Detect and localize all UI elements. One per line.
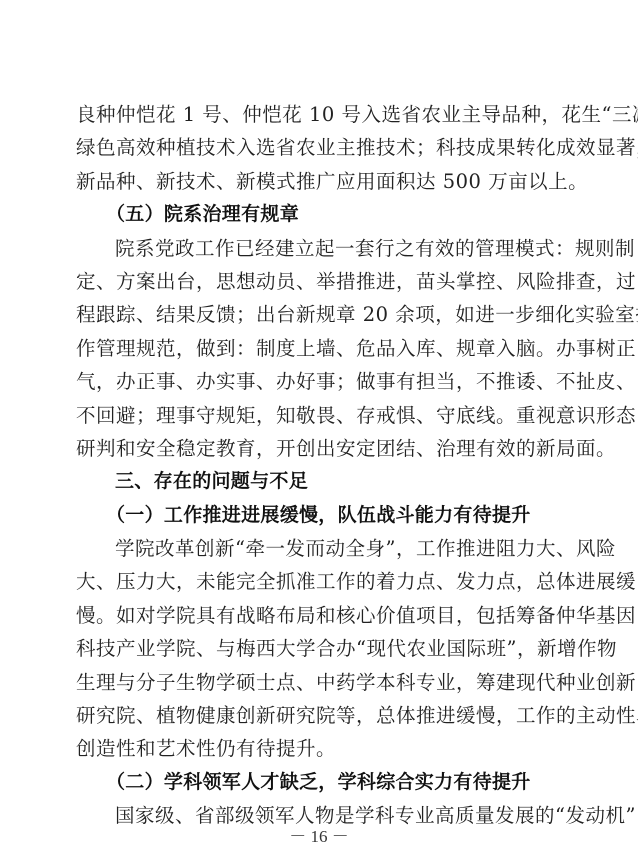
body-text-line: 气，办正事、办实事、办好事；做事有担当，不推诿、不扯皮、 <box>76 365 588 398</box>
body-text-line: 研究院、植物健康创新研究院等，总体推进缓慢，工作的主动性、 <box>76 699 588 732</box>
body-text-line: 创造性和艺术性仍有待提升。 <box>76 732 588 765</box>
body-text-line: 程跟踪、结果反馈；出台新规章 20 余项，如进一步细化实验室操 <box>76 298 588 331</box>
body-text-line: 良种仲恺花 1 号、仲恺花 10 号入选省农业主导品种，花生“三减” <box>76 98 588 131</box>
body-text-line: 科技产业学院、与梅西大学合办“现代农业国际班”，新增作物 <box>76 632 588 665</box>
body-text-line: 绿色高效种植技术入选省农业主推技术；科技成果转化成效显著， <box>76 131 588 164</box>
body-text-line: 研判和安全稳定教育，开创出安定团结、治理有效的新局面。 <box>76 432 588 465</box>
body-text-line: 慢。如对学院具有战略布局和核心价值项目，包括筹备仲华基因 <box>76 599 588 632</box>
subheading-talent-shortage: （二）学科领军人才缺乏，学科综合实力有待提升 <box>76 766 588 799</box>
body-text-line: 大、压力大，未能完全抓准工作的着力点、发力点，总体进展缓 <box>76 565 588 598</box>
body-text-line: 新品种、新技术、新模式推广应用面积达 500 万亩以上。 <box>76 165 588 198</box>
body-text-line: 学院改革创新“牵一发而动全身”，工作推进阻力大、风险 <box>76 532 588 565</box>
subheading-governance: （五）院系治理有规章 <box>76 198 588 231</box>
body-text-line: 不回避；理事守规矩，知敬畏、存戒惧、守底线。重视意识形态 <box>76 399 588 432</box>
body-text-line: 作管理规范，做到：制度上墙、危品入库、规章入脑。办事树正 <box>76 332 588 365</box>
body-text-line: 院系党政工作已经建立起一套行之有效的管理模式：规则制 <box>76 232 588 265</box>
section-heading-problems: 三、存在的问题与不足 <box>76 465 588 498</box>
page-number: － 16 － <box>0 822 638 847</box>
subheading-slow-progress: （一）工作推进进展缓慢，队伍战斗能力有待提升 <box>76 499 588 532</box>
document-page: 良种仲恺花 1 号、仲恺花 10 号入选省农业主导品种，花生“三减” 绿色高效种… <box>76 98 588 833</box>
body-text-line: 生理与分子生物学硕士点、中药学本科专业，筹建现代种业创新 <box>76 666 588 699</box>
body-text-line: 定、方案出台，思想动员、举措推进，苗头掌控、风险排查，过 <box>76 265 588 298</box>
